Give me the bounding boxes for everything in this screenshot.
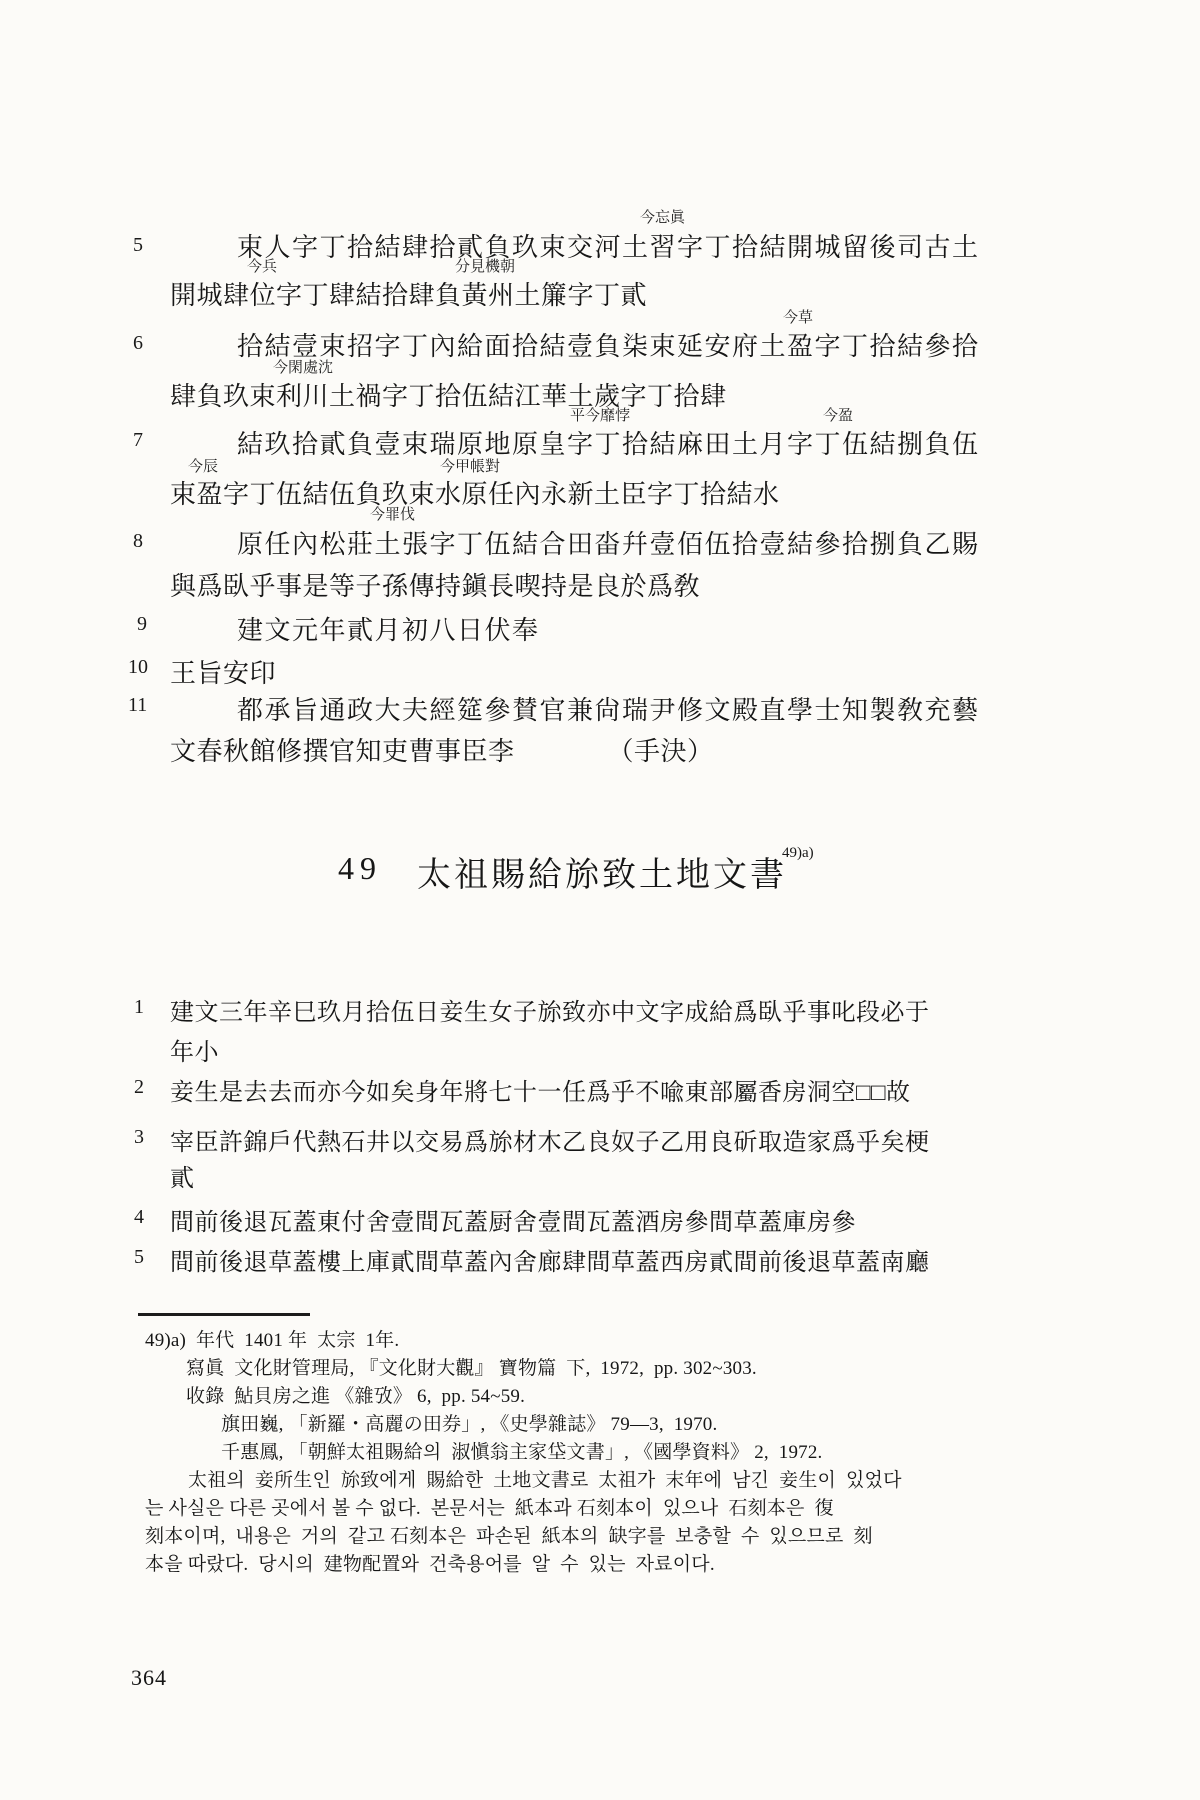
document-line: 妾生是去去而亦今如矣身年將七十一任爲乎不喩東部屬香房洞空□□故	[170, 1072, 911, 1107]
line-number: 9	[137, 613, 147, 636]
document-line: 開城肆位字丁肆結拾肆負黃州土簾字丁貳	[170, 275, 647, 312]
document-line: 建文三年辛巳玖月拾伍日妾生女子旀致亦中文字成給爲臥乎事叱段必于	[170, 992, 930, 1027]
document-line: 拾結壹束招字丁內給面拾結壹負柒束延安府土盈字丁拾結參拾	[237, 326, 980, 363]
line-number: 5	[134, 1246, 144, 1269]
footnote-line: 太祖의 妾所生인 旀致에게 賜給한 土地文書로 太祖가 末年에 남긴 妾生이 있…	[188, 1465, 902, 1492]
interlinear-annotation: 今盈	[823, 404, 853, 425]
footnote-rule	[138, 1313, 310, 1316]
footnote-line: 는 사실은 다른 곳에서 볼 수 없다. 본문서는 紙本과 石刻本이 있으나 石…	[145, 1493, 834, 1520]
footnote-line: 收錄 鮎貝房之進 《雜攷》 6, pp. 54~59.	[186, 1381, 525, 1408]
line-number: 2	[134, 1076, 144, 1099]
line-number: 10	[128, 656, 148, 679]
section-title: 太祖賜給旀致土地文書	[417, 847, 787, 896]
document-line: 原任內松莊土張字丁伍結合田畓幷壹佰伍拾壹結參拾捌負乙賜	[237, 524, 980, 561]
document-line: 文春秋館修撰官知吏曹事臣李 （手決）	[170, 731, 714, 768]
section-number: 49	[338, 850, 382, 887]
interlinear-annotation: 今草	[783, 306, 813, 327]
line-number: 7	[133, 429, 143, 452]
document-line: 年小	[170, 1032, 219, 1067]
document-line: 間前後退草蓋樓上庫貳間草蓋內舍廊肆間草蓋西房貳間前後退草蓋南廳	[170, 1242, 930, 1277]
line-number: 6	[133, 332, 143, 355]
document-line: 結玖拾貳負壹束瑞原地原皇字丁拾結麻田土月字丁伍結捌負伍	[237, 424, 980, 461]
interlinear-annotation: 今辰	[188, 455, 218, 476]
document-line: 肆負玖束利川土禍字丁拾伍結江華土歲字丁拾肆	[170, 376, 727, 413]
document-line: 建文元年貳月初八日伏奉	[237, 610, 540, 647]
line-number: 11	[128, 694, 147, 717]
footnote-line: 49)a) 年代 1401 年 太宗 1年.	[145, 1325, 399, 1352]
document-line: 與爲臥乎事是等子孫傳持鎭長喫持是良於爲敎	[170, 566, 700, 603]
line-number: 3	[134, 1126, 144, 1149]
document-line: 間前後退瓦蓋東付舍壹間瓦蓋厨舍壹間瓦蓋酒房參間草蓋庫房參	[170, 1202, 856, 1237]
line-number: 8	[133, 530, 143, 553]
footnote-reference: 49)a)	[782, 845, 814, 862]
line-number: 1	[134, 996, 144, 1019]
interlinear-annotation: 今忘眞	[640, 206, 685, 227]
line-number: 4	[134, 1206, 144, 1229]
document-line: 束人字丁拾結肆拾貳負玖束交河土習字丁拾結開城留後司古土	[237, 227, 980, 264]
document-line: 宰臣許錦戶代熱石井以交易爲旀材木乙良奴子乙用良斫取造家爲乎矣梗	[170, 1122, 930, 1157]
footnote-line: 寫眞 文化財管理局, 『文化財大觀』 寶物篇 下, 1972, pp. 302~…	[186, 1353, 757, 1380]
scanned-document-page: 今忘眞 今兵 分見機朝 今草 今閑處沈 平今靡悖 今盈 今辰 今甲帳對 今罪伐 …	[0, 0, 1200, 1800]
page-number: 364	[131, 1665, 167, 1691]
footnote-line: 刻本이며, 내용은 거의 같고 石刻本은 파손된 紙本의 缺字를 보충할 수 있…	[145, 1521, 873, 1548]
document-line: 貳	[170, 1158, 195, 1193]
document-line: 束盈字丁伍結伍負玖束水原任內永新土臣字丁拾結水	[170, 474, 780, 511]
footnote-line: 旗田巍, 「新羅・高麗の田券」, 《史學雜誌》 79—3, 1970.	[221, 1409, 717, 1436]
document-line: 都承旨通政大夫經筵參賛官兼尙瑞尹修文殿直學士知製敎充藝	[237, 690, 980, 727]
document-line: 王旨安印	[170, 653, 276, 690]
footnote-line: 本을 따랐다. 당시의 建物配置와 건축용어를 알 수 있는 자료이다.	[145, 1549, 715, 1576]
footnote-line: 千惠鳳, 「朝鮮太祖賜給의 淑愼翁主家垈文書」, 《國學資料》 2, 1972.	[221, 1437, 823, 1464]
line-number: 5	[133, 234, 143, 257]
